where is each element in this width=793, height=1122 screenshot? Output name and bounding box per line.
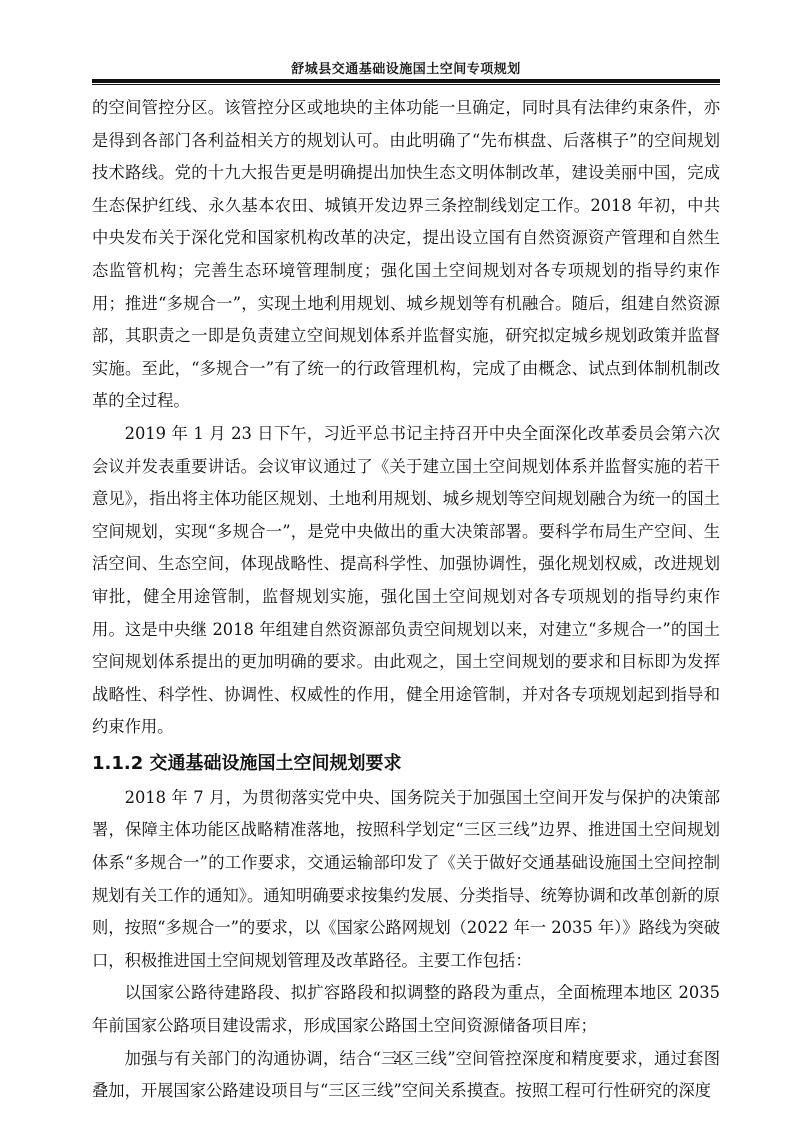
section-heading: 1.1.2 交通基础设施国土空间规划要求 xyxy=(92,744,720,782)
header-rule-thin xyxy=(92,84,720,85)
page-number: 2 xyxy=(0,1050,793,1066)
paragraph: 2019 年 1 月 23 日下午，习近平总书记主持召开中央全面深化改革委员会第… xyxy=(92,418,720,744)
running-header-title: 舒城县交通基础设施国土空间专项规划 xyxy=(92,58,720,77)
body-text: 的空间管控分区。该管控分区或地块的主体功能一旦确定，同时具有法律约束条件，亦是得… xyxy=(92,92,720,1108)
paragraph: 以国家公路待建路段、拟扩容路段和拟调整的路段为重点，全面梳理本地区 2035 年… xyxy=(92,977,720,1042)
paragraph: 2018 年 7 月，为贯彻落实党中央、国务院关于加强国土空间开发与保护的决策部… xyxy=(92,782,720,978)
document-page: 舒城县交通基础设施国土空间专项规划 的空间管控分区。该管控分区或地块的主体功能一… xyxy=(0,0,793,1122)
header-double-rule xyxy=(92,79,720,86)
paragraph-continued: 的空间管控分区。该管控分区或地块的主体功能一旦确定，同时具有法律约束条件，亦是得… xyxy=(92,92,720,418)
